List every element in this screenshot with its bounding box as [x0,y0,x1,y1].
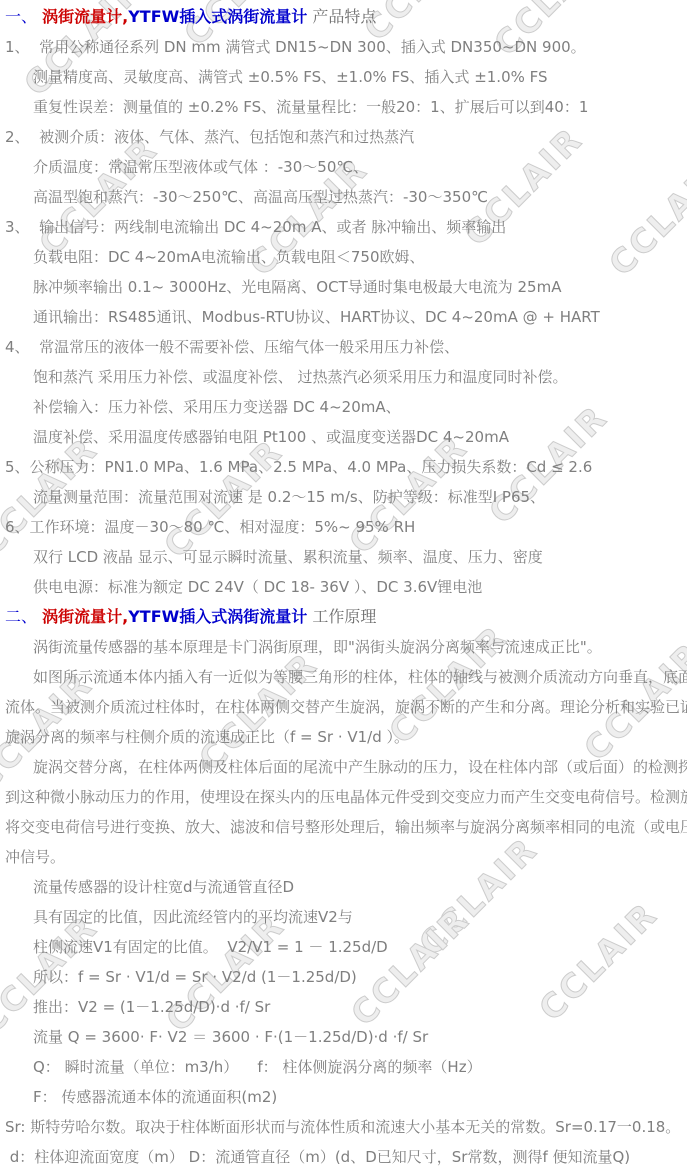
heading-segment: 工作原理 [307,607,376,626]
document-lines: 一、 涡街流量计,YTFW插入式涡街流量计 产品特点1、 常用公称通径系列 DN… [0,0,687,1169]
product-spec-page: CCLAIRCCLAIRCCLAIRCCLAIRCCLAIRCCLAIRCCLA… [0,0,687,1169]
text-line: 流量测量范围：流量范围对流速 是 0.2～15 m/s、防护等级：标准型I P6… [0,482,687,512]
text-line: F： 传感器流通本体的流通面积(m2) [0,1082,687,1112]
heading-segment: 涡街流量计, [42,7,128,26]
text-line: 流量 Q = 3600· F· V2 ＝ 3600 · F·(1－1.25d/D… [0,1022,687,1052]
text-line: 6、工作环境：温度－30～80 ℃、相对湿度：5%~ 95% RH [0,512,687,542]
text-line: 旋涡交替分离，在柱体两侧及柱体后面的尾流中产生脉动的压力，设在柱体内部（或后面）… [0,752,687,782]
text-line: d：柱体迎流面宽度（m） D：流通管直径（m）(d、D已知尺寸，Sr常数，测得f… [0,1142,687,1169]
text-line: 将交变电荷信号进行变换、放大、滤波和信号整形处理后，输出频率与旋涡分离频率相同的… [0,812,687,842]
text-line: 到这种微小脉动压力的作用，使埋设在探头内的压电晶体元件受到交变应力而产生交变电荷… [0,782,687,812]
text-line: 涡街流量传感器的基本原理是卡门涡街原理，即"涡街头旋涡分离频率与流速成正比"。 [0,632,687,662]
text-line: 脉冲频率输出 0.1~ 3000Hz、光电隔离、OCT导通时集电极最大电流为 2… [0,272,687,302]
heading-segment: 一、 [5,7,42,26]
text-line: Sr: 斯特劳哈尔数。取决于柱体断面形状而与流体性质和流速大小基本无关的常数。S… [0,1112,687,1142]
heading-segment: 涡街流量计, [42,607,128,626]
heading-segment: 二、 [5,607,42,626]
text-line: 温度补偿、采用温度传感器铂电阻 Pt100 、或温度变送器DC 4~20mA [0,422,687,452]
text-line: 通讯输出：RS485通讯、Modbus-RTU协议、HART协议、DC 4~20… [0,302,687,332]
text-line: Q： 瞬时流量（单位：m3/h） f： 柱体侧旋涡分离的频率（Hz） [0,1052,687,1082]
text-line: 冲信号。 [0,842,687,872]
text-line: 推出：V2 = (1－1.25d/D)·d ·f/ Sr [0,992,687,1022]
text-line: 具有固定的比值，因此流经管内的平均流速V2与 [0,902,687,932]
text-line: 2、 被测介质：液体、气体、蒸汽、包括饱和蒸汽和过热蒸汽 [0,122,687,152]
text-line: 旋涡分离的频率与柱侧介质的流速成正比（f = Sr · V1/d ）。 [0,722,687,752]
text-line: 5、公称压力：PN1.0 MPa、1.6 MPa、2.5 MPa、4.0 MPa… [0,452,687,482]
text-line: 1、 常用公称通径系列 DN mm 满管式 DN15~DN 300、插入式 DN… [0,32,687,62]
section-heading: 一、 涡街流量计,YTFW插入式涡街流量计 产品特点 [0,2,687,32]
heading-segment: YTFW插入式涡街流量计 [128,607,307,626]
text-line: 补偿输入：压力补偿、采用压力变送器 DC 4~20mA、 [0,392,687,422]
text-line: 如图所示流通本体内插入有一近似为等腰三角形的柱体，柱体的轴线与被测介质流动方向垂… [0,662,687,692]
text-line: 高温型饱和蒸汽：-30～250℃、高温高压型过热蒸汽：-30～350℃ [0,182,687,212]
text-line: 负载电阻：DC 4~20mA电流输出、负载电阻＜750欧姆、 [0,242,687,272]
heading-segment: YTFW插入式涡街流量计 [128,7,307,26]
text-line: 4、 常温常压的液体一般不需要补偿、压缩气体一般采用压力补偿、 [0,332,687,362]
text-line: 3、 输出信号：两线制电流输出 DC 4~20m A、或者 脉冲输出、频率输出 [0,212,687,242]
section-heading: 二、 涡街流量计,YTFW插入式涡街流量计 工作原理 [0,602,687,632]
text-line: 介质温度：常温常压型液体或气体 ：-30～50℃、 [0,152,687,182]
text-line: 重复性误差：测量值的 ±0.2% FS、流量量程比：一般20：1、扩展后可以到4… [0,92,687,122]
text-line: 供电电源：标准为额定 DC 24V（ DC 18- 36V ）、DC 3.6V锂… [0,572,687,602]
text-line: 双行 LCD 液晶 显示、可显示瞬时流量、累积流量、频率、温度、压力、密度 [0,542,687,572]
heading-segment: 产品特点 [307,7,376,26]
text-line: 柱侧流速V1有固定的比值。 V2/V1 = 1 － 1.25d/D [0,932,687,962]
text-line: 所以：f = Sr · V1/d = Sr · V2/d (1－1.25d/D) [0,962,687,992]
text-line: 流体。当被测介质流过柱体时，在柱体两侧交替产生旋涡，旋涡不断的产生和分离。理论分… [0,692,687,722]
text-line: 流量传感器的设计柱宽d与流通管直径D [0,872,687,902]
text-line: 测量精度高、灵敏度高、满管式 ±0.5% FS、±1.0% FS、插入式 ±1.… [0,62,687,92]
text-line: 饱和蒸汽 采用压力补偿、或温度补偿、 过热蒸汽必须采用压力和温度同时补偿。 [0,362,687,392]
